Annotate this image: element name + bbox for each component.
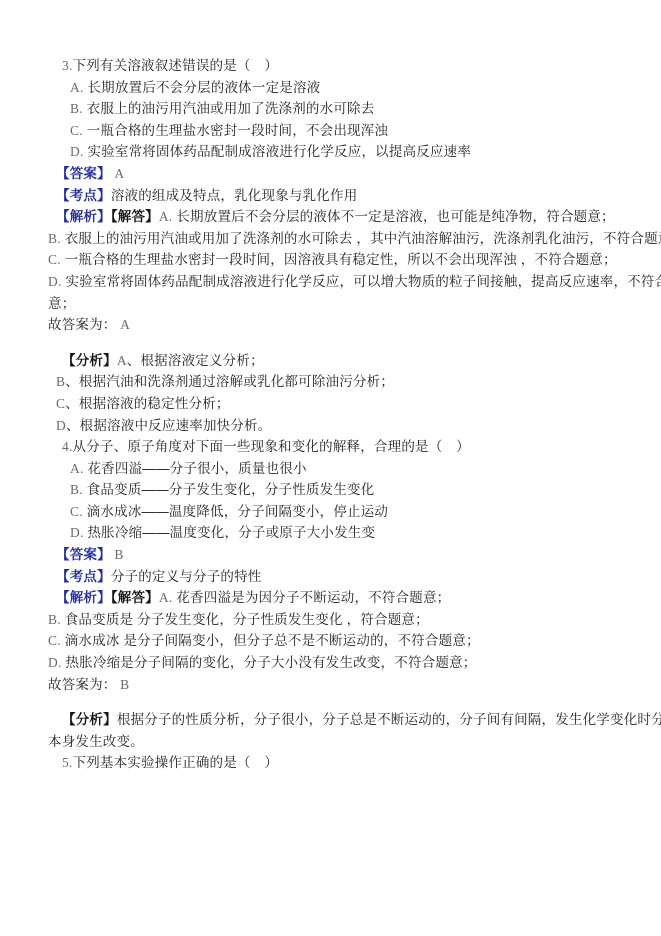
option-letter: B.: [48, 612, 61, 627]
analyze-text: 根据分子的性质分析，分子很小，分子总是不断运动的，分子间有间隔，发生化学变化时分…: [117, 712, 661, 727]
doc-line: 5.下列基本实验操作正确的是（ ）: [62, 752, 625, 774]
doc-line: 【考点】分子的定义与分子的特性: [56, 566, 625, 588]
option-text: 食品变质——分子发生变化，分子性质发生变化: [83, 482, 375, 497]
option-letter: B.: [48, 231, 61, 246]
keypoint-text: 溶液的组成及特点，乳化现象与乳化作用: [111, 188, 358, 203]
keypoint-label: 【考点】: [56, 569, 111, 584]
final-answer-text: 故答案为：: [48, 677, 117, 692]
doc-line: C. 一瓶合格的生理盐水密封一段时间，不会出现浑浊: [70, 120, 625, 142]
option-letter: A: [117, 353, 127, 368]
doc-line: 本身发生改变。: [48, 731, 625, 753]
explain-text: 滴水成冰 是分子间隔变小，但分子总不是不断运动的，不符合题意；: [61, 633, 480, 648]
option-letter: A.: [70, 80, 84, 95]
doc-line: C. 一瓶合格的生理盐水密封一段时间，因溶液具有稳定性，所以不会出现浑浊 ，不符…: [48, 249, 625, 271]
option-letter: C: [56, 396, 65, 411]
option-text: 滴水成冰——温度降低，分子间隔变小，停止运动: [83, 504, 388, 519]
doc-line: 故答案为： A: [48, 314, 625, 336]
option-letter: C.: [48, 252, 61, 267]
option-letter: D.: [70, 144, 84, 159]
final-answer-value: B: [117, 677, 130, 692]
doc-line: B、根据汽油和洗涤剂通过溶解或乳化都可除油污分析；: [56, 371, 625, 393]
doc-line: B. 衣服上的油污用汽油或用加了洗涤剂的水可除去 ，其中汽油溶解油污，洗涤剂乳化…: [48, 228, 625, 250]
option-letter: A.: [159, 590, 173, 605]
doc-line: B. 食品变质是 分子发生变化，分子性质发生变化 ，符合题意；: [48, 609, 625, 631]
doc-line: 【解析】【解答】A. 长期放置后不会分层的液体不一定是溶液，也可能是纯净物，符合…: [56, 206, 625, 228]
option-text: 一瓶合格的生理盐水密封一段时间，不会出现浑浊: [83, 123, 388, 138]
option-letter: D.: [48, 655, 62, 670]
explain-text: 食品变质是 分子发生变化，分子性质发生变化 ，符合题意；: [61, 612, 429, 627]
doc-line: C. 滴水成冰 是分子间隔变小，但分子总不是不断运动的，不符合题意；: [48, 630, 625, 652]
question-number: 4.: [62, 439, 73, 454]
document-page: 3.下列有关溶液叙述错误的是（ ）A. 长期放置后不会分层的液体一定是溶液B. …: [0, 0, 661, 936]
doc-line: D. 实验室常将固体药品配制成溶液进行化学反应，可以增大物质的粒子间接触，提高反…: [48, 271, 625, 293]
explain-text: 长期放置后不会分层的液体不一定是溶液，也可能是纯净物，符合题意；: [172, 209, 614, 224]
question-number: 3.: [62, 58, 73, 73]
doc-line: 【分析】根据分子的性质分析，分子很小，分子总是不断运动的，分子间有间隔，发生化学…: [62, 709, 625, 731]
solution-label: 【解答】: [111, 209, 159, 224]
answer-value: B: [111, 547, 124, 562]
option-letter: C.: [70, 123, 83, 138]
option-text: 花香四溢——分子很小，质量也很小: [84, 461, 307, 476]
doc-line: 【分析】A、根据溶液定义分析；: [62, 350, 625, 372]
option-letter: A.: [159, 209, 173, 224]
explain-text: 实验室常将固体药品配制成溶液进行化学反应，可以增大物质的粒子间接触，提高反应速率…: [62, 274, 661, 289]
option-letter: C.: [70, 504, 83, 519]
analyze-label: 【分析】: [62, 712, 117, 727]
final-answer-text: 故答案为：: [48, 317, 117, 332]
analyze-text: 、根据溶液定义分析；: [127, 353, 264, 368]
answer-label: 【答案】: [56, 547, 111, 562]
doc-line: 故答案为： B: [48, 674, 625, 696]
doc-line: 【答案】 B: [56, 544, 625, 566]
explain-text: 一瓶合格的生理盐水密封一段时间，因溶液具有稳定性，所以不会出现浑浊 ，不符合题意…: [61, 252, 617, 267]
doc-line: 3.下列有关溶液叙述错误的是（ ）: [62, 55, 625, 77]
option-letter: C.: [48, 633, 61, 648]
answer-value: A: [111, 166, 125, 181]
doc-line: C、根据溶液的稳定性分析；: [56, 393, 625, 415]
option-letter: D: [56, 418, 66, 433]
doc-line: B. 食品变质——分子发生变化，分子性质发生变化: [70, 479, 625, 501]
keypoint-text: 分子的定义与分子的特性: [111, 569, 262, 584]
final-answer-value: A: [117, 317, 131, 332]
doc-line: 【考点】溶液的组成及特点，乳化现象与乳化作用: [56, 185, 625, 207]
option-letter: B: [56, 374, 65, 389]
question-text: 从分子、原子角度对下面一些现象和变化的解释，合理的是（ ）: [73, 439, 470, 454]
answer-label: 【答案】: [56, 166, 111, 181]
doc-line: 4.从分子、原子角度对下面一些现象和变化的解释，合理的是（ ）: [62, 436, 625, 458]
analyze-text: 本身发生改变。: [48, 734, 144, 749]
analyze-text: 、根据溶液的稳定性分析；: [65, 396, 229, 411]
solution-label: 【解答】: [111, 590, 159, 605]
doc-line: D. 热胀冷缩——温度变化，分子或原子大小发生变: [70, 522, 625, 544]
analyze-text: 、根据汽油和洗涤剂通过溶解或乳化都可除油污分析；: [65, 374, 394, 389]
doc-line: D、根据溶液中反应速率加快分析。: [56, 415, 625, 437]
option-text: 实验室常将固体药品配制成溶液进行化学反应，以提高反应速率: [84, 144, 472, 159]
question-number: 5.: [62, 755, 73, 770]
explain-text: 衣服上的油污用汽油或用加了洗涤剂的水可除去 ，其中汽油溶解油污，洗涤剂乳化油污，…: [61, 231, 661, 246]
doc-line: D. 热胀冷缩是分子间隔的变化，分子大小没有发生改变，不符合题意；: [48, 652, 625, 674]
option-letter: B.: [70, 101, 83, 116]
analyze-label: 【分析】: [62, 353, 117, 368]
question-text: 下列基本实验操作正确的是（ ）: [73, 755, 279, 770]
doc-line: B. 衣服上的油污用汽油或用加了洗涤剂的水可除去: [70, 98, 625, 120]
analysis-label: 【解析】: [56, 209, 111, 224]
explain-text: 热胀冷缩是分子间隔的变化，分子大小没有发生改变，不符合题意；: [62, 655, 477, 670]
option-letter: D.: [70, 525, 84, 540]
option-letter: A.: [70, 461, 84, 476]
option-letter: B.: [70, 482, 83, 497]
option-text: 长期放置后不会分层的液体一定是溶液: [84, 80, 321, 95]
doc-line: C. 滴水成冰——温度降低，分子间隔变小，停止运动: [70, 501, 625, 523]
doc-line: D. 实验室常将固体药品配制成溶液进行化学反应，以提高反应速率: [70, 141, 625, 163]
option-text: 热胀冷缩——温度变化，分子或原子大小发生变: [84, 525, 376, 540]
option-letter: D.: [48, 274, 62, 289]
doc-line: 【答案】 A: [56, 163, 625, 185]
option-text: 衣服上的油污用汽油或用加了洗涤剂的水可除去: [83, 101, 375, 116]
analyze-text: 、根据溶液中反应速率加快分析。: [66, 418, 272, 433]
keypoint-label: 【考点】: [56, 188, 111, 203]
explain-text: 花香四溢是为因分子不断运动，不符合题意；: [172, 590, 450, 605]
doc-line: 【解析】【解答】A. 花香四溢是为因分子不断运动，不符合题意；: [56, 587, 625, 609]
doc-line: 意；: [48, 293, 625, 315]
explain-text: 意；: [48, 296, 75, 311]
doc-line: A. 花香四溢——分子很小，质量也很小: [70, 458, 625, 480]
question-text: 下列有关溶液叙述错误的是（ ）: [73, 58, 279, 73]
analysis-label: 【解析】: [56, 590, 111, 605]
doc-line: A. 长期放置后不会分层的液体一定是溶液: [70, 77, 625, 99]
